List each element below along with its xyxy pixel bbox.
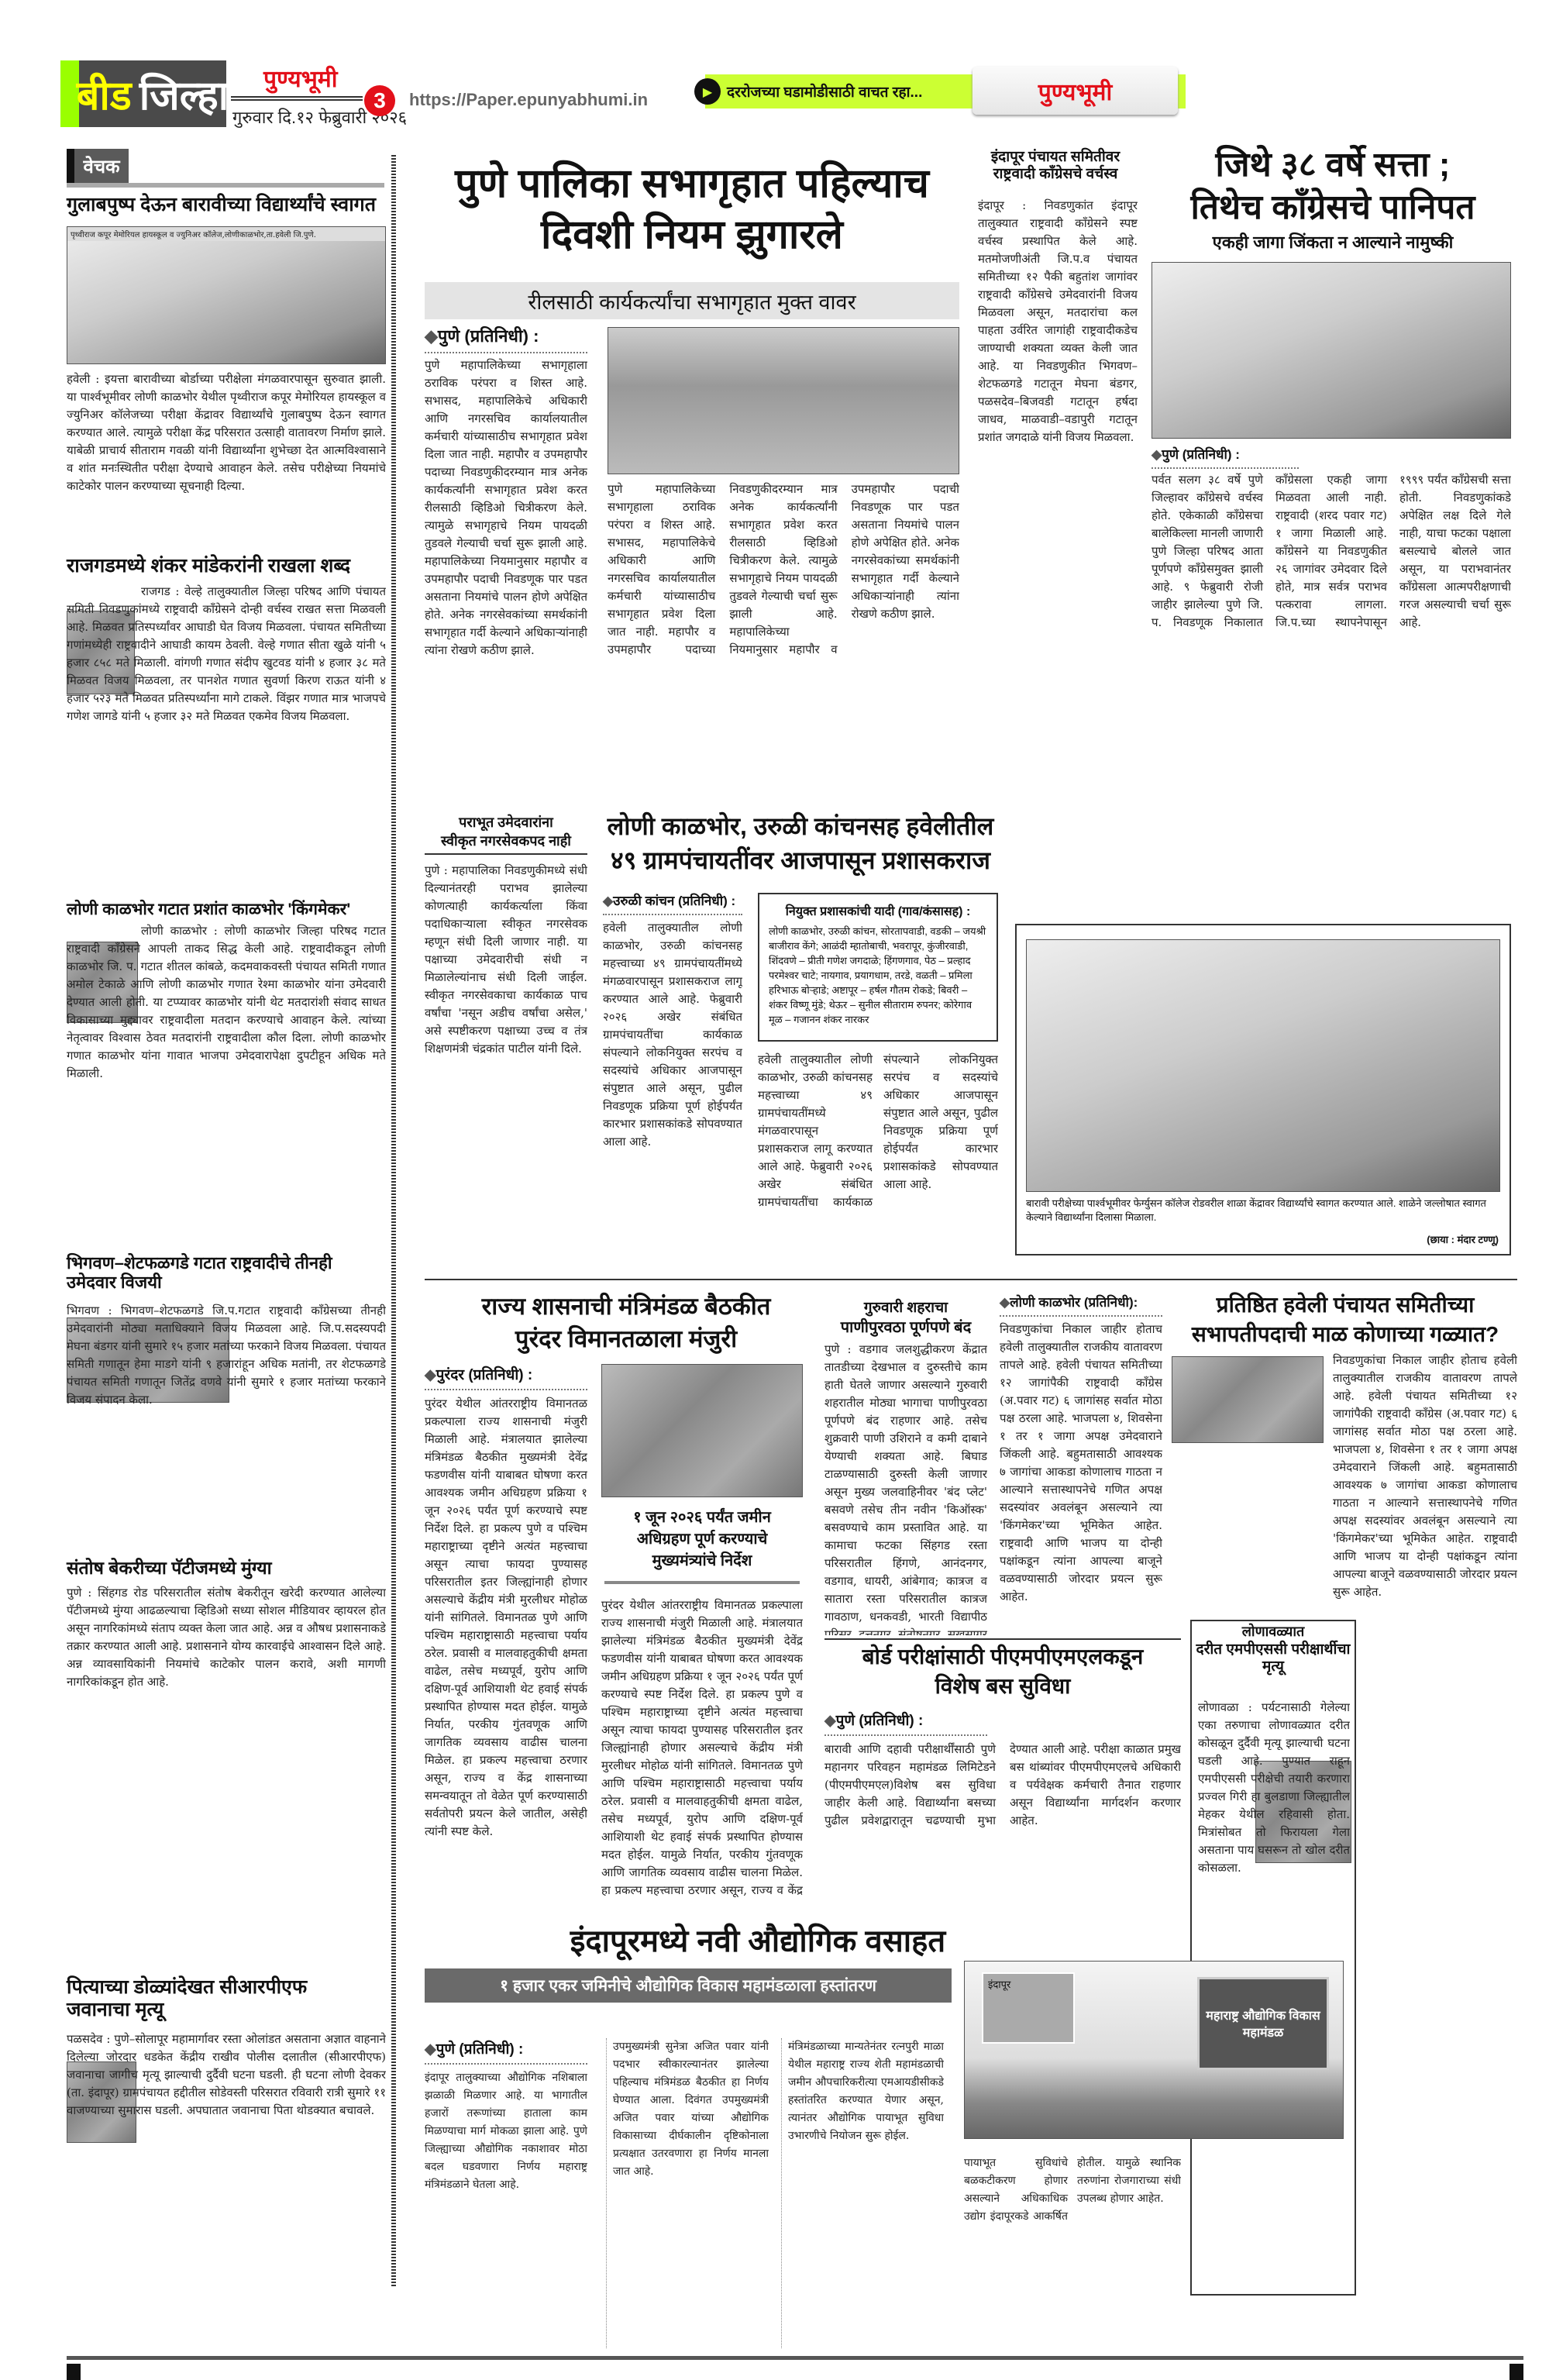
footer-rule — [67, 2356, 1523, 2360]
purandar-cm-photo — [601, 1364, 803, 1497]
story1-photo-caption: पृथ्वीराज कपूर मेमोरियल हायस्कूल व ज्युन… — [67, 227, 385, 241]
crop-mark-left — [67, 2364, 81, 2380]
lead-subheadline-bar: रीलसाठी कार्यकर्त्यांचा सभागृहात मुक्त व… — [425, 282, 959, 319]
promo-banner[interactable]: ▶ दररोजच्या घडामोडीसाठी वाचत रहा... पुण्… — [705, 74, 1186, 108]
story3-body: लोणी काळभोर : लोणी काळभोर जिल्हा परिषद ग… — [67, 922, 386, 1248]
nomination-body: पुणे : महापालिका निवडणुकीमध्ये संधी दिल्… — [425, 862, 587, 1269]
section-divider — [425, 1279, 1517, 1280]
story1-photo: पृथ्वीराज कपूर मेमोरियल हायस्कूल व ज्युन… — [67, 226, 386, 364]
lead-dateline: पुणे (प्रतिनिधी) : — [425, 324, 587, 353]
paper-name: पुण्यभूमी — [263, 62, 338, 94]
industrial-banner: १ हजार एकर जमिनीचे औद्योगिक विकास महामंड… — [425, 1968, 952, 2003]
exam-photo — [1026, 939, 1500, 1192]
section-label-block: वेचक — [67, 149, 129, 183]
haveli-headline-line1: प्रतिष्ठित हवेली पंचायत समितीच्या — [1172, 1293, 1519, 1317]
website-url[interactable]: https://Paper.epunyabhumi.in — [409, 90, 648, 110]
congress-dateline: पुणे (प्रतिनिधी) : — [1152, 445, 1299, 469]
bus-body: बारावी आणि दहावी परीक्षार्थींसाठी पुणे म… — [824, 1741, 1181, 1903]
lead-body: पुणे महापालिकेच्या सभागृहाला ठराविक परंप… — [425, 356, 587, 806]
maharashtra-map-inset: इंदापूर — [982, 1972, 1075, 2044]
story4-body: भिगवण : भिगवण–शेटफळगडे जि.प.गटात राष्ट्र… — [67, 1302, 386, 1550]
story2-body: राजगड : वेल्हे तालुक्यातील जिल्हा परिषद … — [67, 583, 386, 896]
purandar-dateline: पुरंदर (प्रतिनिधी) : — [425, 1364, 587, 1390]
administrators-list-title: नियुक्त प्रशासकांची यादी (गाव/कंसासह) : — [769, 902, 987, 919]
loni-dateline: उरुळी कांचन (प्रतिनिधी) : — [603, 891, 742, 915]
industrial-headline: इंदापूरमध्ये नवी औद्योगिक वसाहत — [425, 1924, 1091, 1959]
bus-headline-line2: विशेष बस सुविधा — [824, 1674, 1181, 1699]
story5-body: पुणे : सिंहगड रोड परिसरातील संतोष बेकरीत… — [67, 1584, 386, 1941]
story1-headline: गुलाबपुष्प देऊन बारावीच्या विद्यार्थ्यां… — [67, 194, 386, 216]
promo-text: दररोजच्या घडामोडीसाठी वाचत रहा... — [727, 81, 922, 102]
lead-photo — [608, 327, 959, 474]
play-icon: ▶ — [694, 78, 721, 105]
story6-body: पळसदेव : पुणे–सोलापूर महामार्गावर रस्ता … — [67, 2030, 386, 2348]
exam-photo-caption: बारावी परीक्षेच्या पार्श्वभूमीवर फेर्ग्य… — [1026, 1197, 1500, 1224]
purandar-pullquote: १ जून २०२६ पर्यंत जमीन अधिग्रहण पूर्ण कर… — [604, 1507, 800, 1584]
story3-headline: लोणी काळभोर गटात प्रशांत काळभोर 'किंगमेक… — [67, 901, 386, 919]
loni-headline-line1: लोणी काळभोर, उरुळी कांचनसह हवेलीतील — [603, 812, 998, 841]
loni-body: हवेली तालुक्यातील लोणी काळभोर, उरुळी कां… — [603, 919, 742, 1268]
page-number: 3 — [374, 88, 386, 113]
midc-signboard: महाराष्ट्र औद्योगिक विकास महामंडळ — [1197, 1977, 1329, 2070]
promo-newspaper-image: पुण्यभूमी — [972, 67, 1178, 115]
lonavala-kicker: लोणावळ्यात — [1193, 1623, 1353, 1641]
industrial-site-photo: इंदापूर महाराष्ट्र औद्योगिक विकास महामंड… — [964, 1961, 1344, 2139]
lead-headline-line2: दिवशी नियम झुगारले — [425, 212, 959, 259]
story5-headline: संतोष बेकरीच्या पॅटीजमध्ये मुंग्या — [67, 1558, 386, 1578]
nomination-kicker-line1: पराभूत उमेदवारांना — [425, 814, 587, 832]
midc-sign-text: महाराष्ट्र औद्योगिक विकास महामंडळ — [1204, 2006, 1322, 2041]
purandar-body-cont: पुरंदर येथील आंतरराष्ट्रीय विमानतळ प्रकल… — [601, 1596, 803, 1899]
purandar-body: पुरंदर येथील आंतरराष्ट्रीय विमानतळ प्रकल… — [425, 1395, 587, 1899]
haveli-body-cont: निवडणुकांचा निकाल जाहीर होताच हवेली तालु… — [1333, 1352, 1517, 1632]
exam-photo-frame: बारावी परीक्षेच्या पार्श्वभूमीवर फेर्ग्य… — [1015, 924, 1511, 1255]
congress-building-photo — [1152, 262, 1511, 439]
nomination-kicker-line2: स्वीकृत नगरसेवकपद नाही — [425, 832, 587, 855]
administrators-list: लोणी काळभोर, उरुळी कांचन, सोरतापवाडी, वड… — [769, 924, 987, 1027]
water-headline: पाणीपुरवठा पूर्णपणे बंद — [824, 1319, 987, 1337]
bus-section-divider — [824, 1638, 1181, 1640]
haveli-headline-line2: सभापतीपदाची माळ कोणाच्या गळ्यात? — [1172, 1322, 1519, 1347]
congress-headline-line2: तिथेच काँग्रेसचे पानिपत — [1147, 188, 1519, 228]
purandar-headline-line2: पुरंदर विमानतळाला मंजुरी — [425, 1325, 828, 1353]
map-label: इंदापूर — [988, 1977, 1010, 1991]
industrial-banner-text: १ हजार एकर जमिनीचे औद्योगिक विकास महामंड… — [500, 1975, 876, 1996]
indapur-headline: इंदापूर पंचायत समितीवर राष्ट्रवादी काँग्… — [978, 149, 1133, 183]
section-label-rule — [67, 183, 384, 188]
masthead-double-rule — [231, 96, 363, 101]
congress-body: पर्वत सलग ३८ वर्षे पुणे जिल्हावर काँग्रे… — [1152, 471, 1511, 806]
congress-subheadline: एकही जागा जिंकता न आल्याने नामुष्की — [1147, 232, 1519, 252]
crop-mark-right — [1510, 2364, 1523, 2380]
story1-body: हवेली : इयत्ता बारावीच्या बोर्डाच्या परी… — [67, 370, 386, 549]
haveli-dateline: लोणी काळभोर (प्रतिनिधी): — [1000, 1293, 1162, 1317]
story6-headline: पित्याच्या डोळ्यांदेखत सीआरपीएफ जवानाचा … — [67, 1976, 361, 2021]
industrial-col2: उपमुख्यमंत्री सुनेत्रा अजित पवार यांनी प… — [606, 2038, 769, 2348]
bus-headline-line1: बोर्ड परीक्षांसाठी पीएमपीएमएलकडून — [824, 1645, 1181, 1669]
bus-dateline: पुणे (प्रतिनिधी) : — [824, 1710, 987, 1736]
section-title-part1: बीड — [77, 67, 132, 122]
lead-body-cont: पुणे महापालिकेच्या सभागृहाला ठराविक परंप… — [608, 480, 959, 806]
haveli-body: निवडणुकांचा निकाल जाहीर होताच हवेली तालु… — [1000, 1321, 1162, 1634]
masthead: बीड जिल्हा पुण्यभूमी गुरुवार दि.१२ फेब्र… — [31, 60, 1527, 130]
purandar-headline-line1: राज्य शासनाची मंत्रिमंडळ बैठकीत — [425, 1293, 828, 1321]
water-body: पुणे : वडगाव जलशुद्धीकरण केंद्रात तातडीच… — [824, 1341, 987, 1635]
exam-photo-credit: (छाया : मंदार टण्णू) — [1427, 1232, 1499, 1246]
industrial-col3: मंत्रिमंडळाच्या मान्यतेनंतर रत्नपुरी माळ… — [781, 2038, 944, 2348]
section-label: वेचक — [83, 153, 119, 179]
congress-headline-line1: जिथे ३८ वर्षे सत्ता ; — [1147, 146, 1519, 185]
haveli-portraits — [1172, 1356, 1324, 1443]
story2-headline: राजगडमध्ये शंकर मांडेकरांनी राखला शब्द — [67, 555, 386, 577]
administrators-list-box: नियुक्त प्रशासकांची यादी (गाव/कंसासह) : … — [758, 893, 998, 1042]
lead-headline-line1: पुणे पालिका सभागृहात पहिल्याच — [425, 161, 959, 208]
industrial-col1: इंदापूर तालुक्याच्या औद्योगिक नशिबाला झळ… — [425, 2069, 587, 2348]
industrial-dateline: पुणे (प्रतिनिधी) : — [425, 2038, 587, 2065]
promo-logo: पुण्यभूमी — [1038, 75, 1113, 107]
loni-headline-line2: ४९ ग्रामपंचायतींवर आजपासून प्रशासकराज — [603, 846, 998, 875]
industrial-col4: पायाभूत सुविधांचे बळकटीकरण होणार असल्यान… — [964, 2154, 1181, 2348]
page-number-badge: 3 — [364, 85, 395, 116]
lead-subheadline: रीलसाठी कार्यकर्त्यांचा सभागृहात मुक्त व… — [528, 287, 855, 315]
section-title-block: बीड जिल्हा — [79, 60, 226, 127]
water-kicker: गुरुवारी शहराचा — [824, 1299, 987, 1317]
story4-headline: भिगवण–शेटफळगडे गटात राष्ट्रवादीचे तीनही … — [67, 1253, 386, 1293]
section-title-part2: जिल्हा — [139, 67, 229, 122]
lonavala-headline: दरीत एमपीएससी परीक्षार्थीचा मृत्यू — [1193, 1641, 1353, 1676]
loni-body-cont: हवेली तालुक्यातील लोणी काळभोर, उरुळी कां… — [758, 1051, 998, 1268]
indapur-body: इंदापूर : निवडणुकांत इंदापूर तालुक्यात र… — [978, 197, 1138, 697]
column-separator — [391, 155, 396, 2286]
